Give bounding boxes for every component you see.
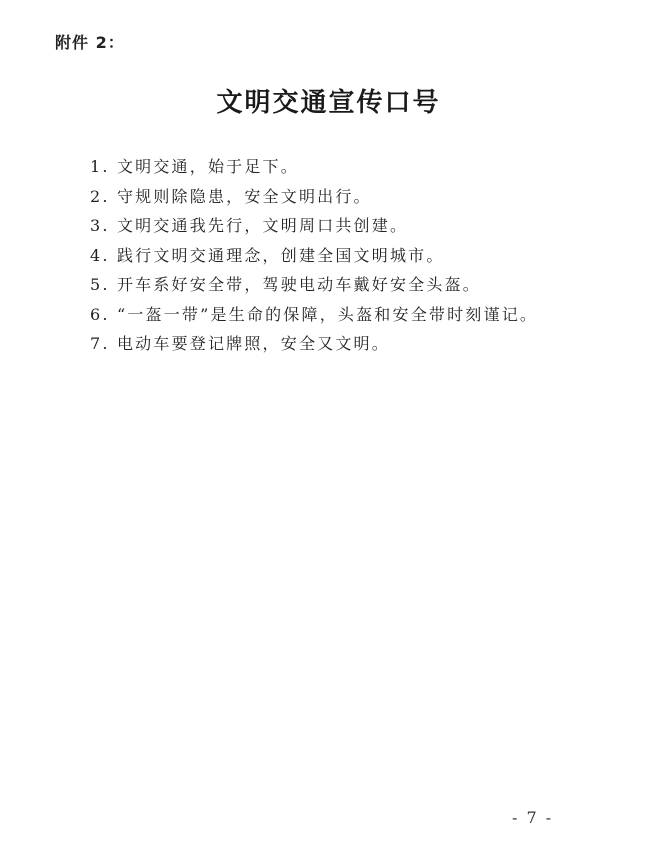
list-item: 2. 守规则除隐患，安全文明出行。: [90, 182, 538, 212]
list-item: 7. 电动车要登记牌照，安全又文明。: [90, 329, 538, 359]
attachment-label: 附件 2：: [55, 30, 125, 53]
list-item: 6. “一盔一带”是生命的保障，头盔和安全带时刻谨记。: [90, 300, 538, 330]
list-item: 3. 文明交通我先行，文明周口共创建。: [90, 211, 538, 241]
slogan-list: 1. 文明交通，始于足下。 2. 守规则除隐患，安全文明出行。 3. 文明交通我…: [90, 152, 538, 359]
page-title: 文明交通宣传口号: [0, 82, 657, 119]
list-item: 5. 开车系好安全带，驾驶电动车戴好安全头盔。: [90, 270, 538, 300]
list-item: 1. 文明交通，始于足下。: [90, 152, 538, 182]
page-number: - 7 -: [512, 808, 553, 827]
list-item: 4. 践行文明交通理念，创建全国文明城市。: [90, 241, 538, 271]
